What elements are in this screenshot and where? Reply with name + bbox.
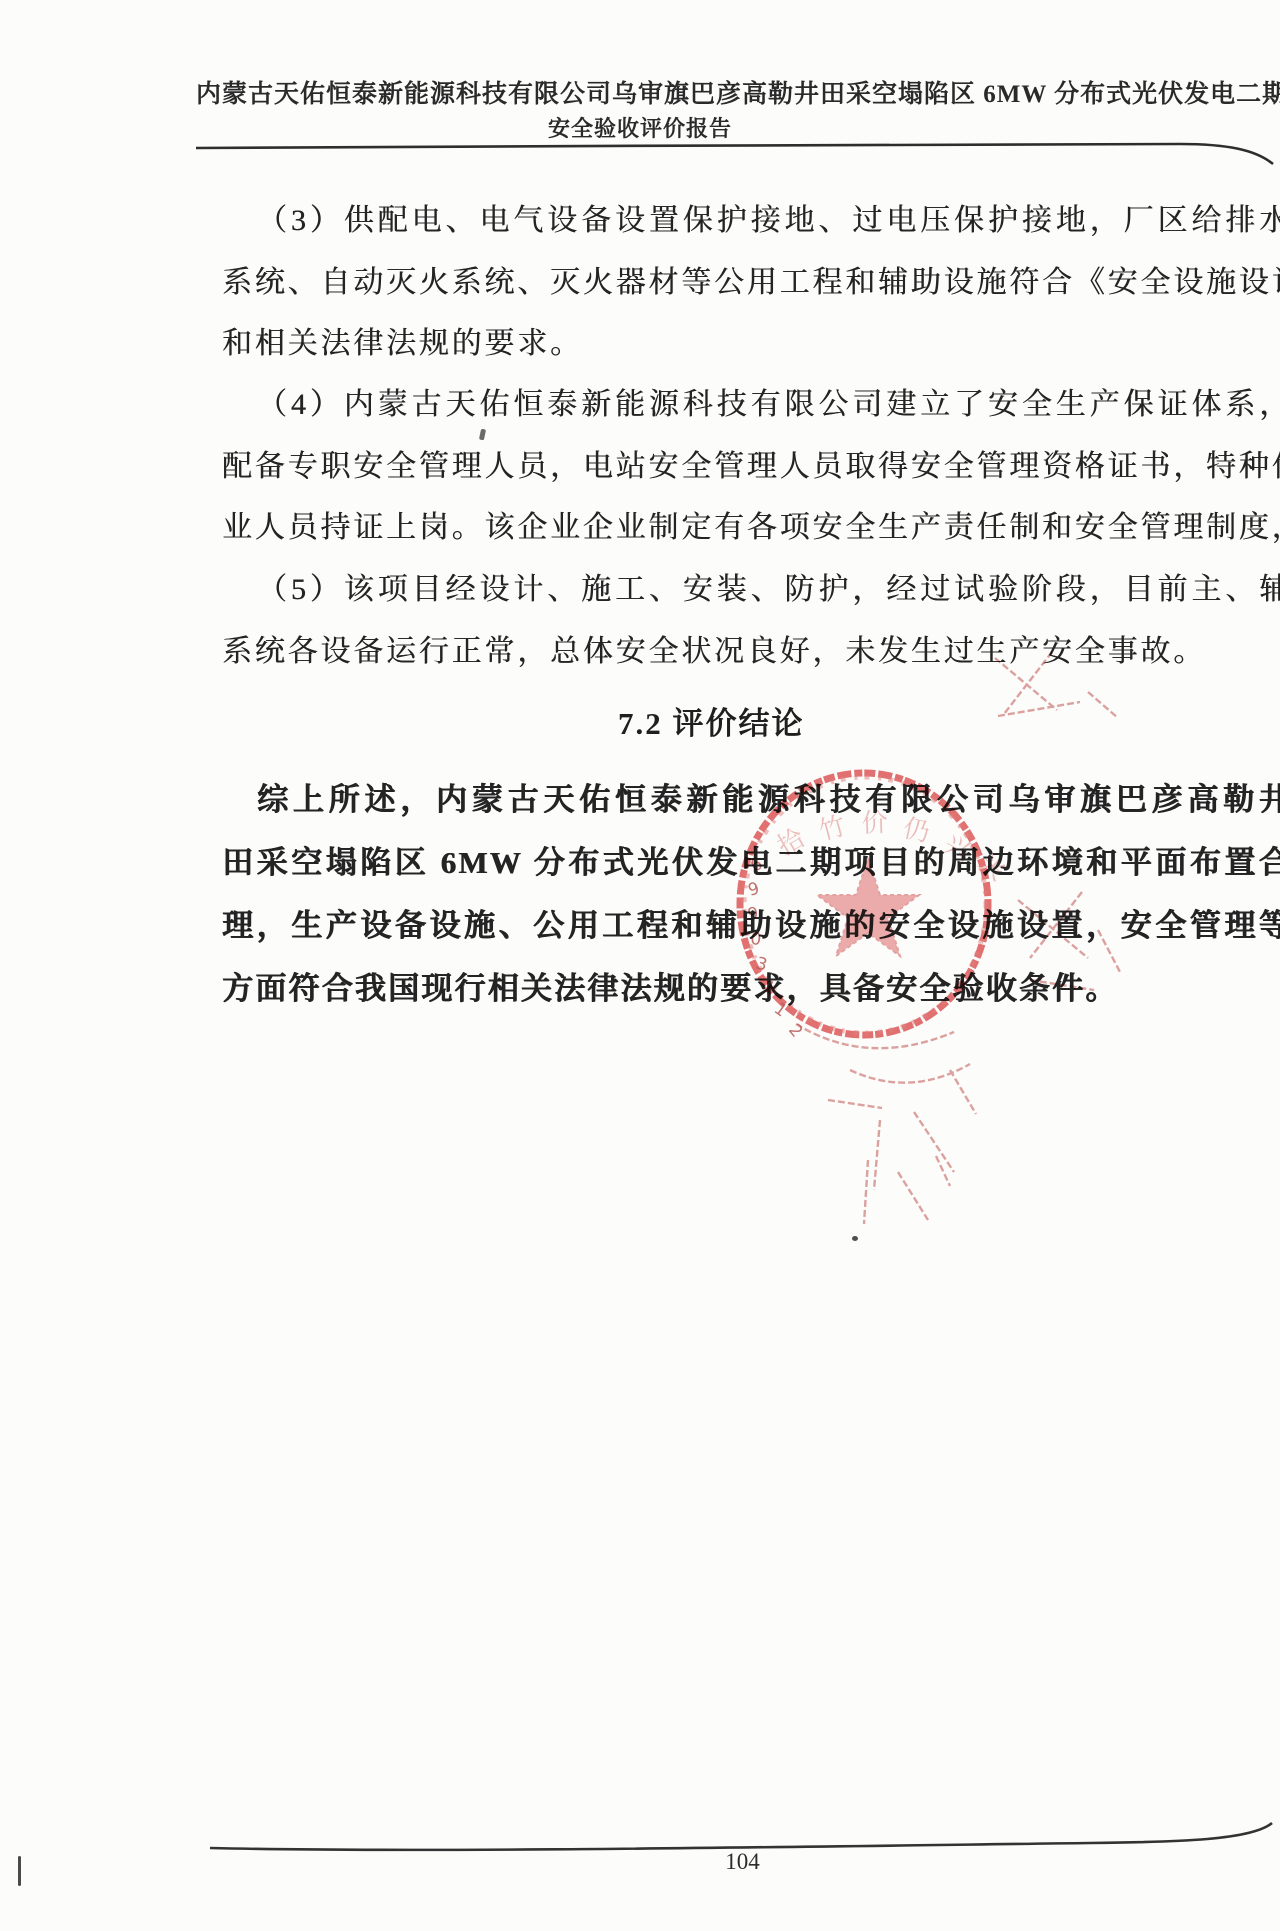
- scan-edge-mark: [18, 1856, 21, 1886]
- body-line-para4-3: 业人员持证上岗。该企业企业制定有各项安全生产责任制和安全管理制度，: [222, 497, 1280, 559]
- stamp-bottom-arc-marks: [796, 1024, 954, 1048]
- body-line-para4-2: 配备专职安全管理人员，电站安全管理人员取得安全管理资格证书，特种作: [222, 436, 1280, 498]
- body-line-para3-1: （3）供配电、电气设备设置保护接地、过电压保护接地，厂区给排水: [222, 190, 1280, 252]
- body-line-para5-2: 系统各设备运行正常，总体安全状况良好，未发生过生产安全事故。: [222, 621, 1280, 683]
- header-title-line2: 安全验收评价报告: [0, 112, 1280, 143]
- body-line-para3-2: 系统、自动灭火系统、灭火器材等公用工程和辅助设施符合《安全设施设计》: [222, 252, 1280, 314]
- body-line-para3-3: 和相关法律法规的要求。: [222, 313, 1280, 375]
- conclusion-line-1: 综上所述，内蒙古天佑恒泰新能源科技有限公司乌审旗巴彦高勒井: [222, 769, 1280, 831]
- stamp-serial-digit: 2: [784, 1020, 806, 1041]
- footer-rule: [210, 1823, 1272, 1850]
- stamp-scribble-mark: [828, 1064, 976, 1190]
- body-line-para4-1: （4）内蒙古天佑恒泰新能源科技有限公司建立了安全生产保证体系，: [222, 374, 1280, 436]
- scan-speck: [852, 1236, 858, 1241]
- stamp-scribble-mark: [864, 1156, 950, 1224]
- page-number: 104: [705, 1849, 780, 1875]
- scanned-report-page: 内蒙古天佑恒泰新能源科技有限公司乌审旗巴彦高勒井田采空塌陷区 6MW 分布式光伏…: [0, 0, 1280, 1931]
- conclusion-line-2: 田采空塌陷区 6MW 分布式光伏发电二期项目的周边环境和平面布置合: [222, 832, 1280, 894]
- conclusion-line-3: 理，生产设备设施、公用工程和辅助设施的安全设施设置，安全管理等: [222, 895, 1280, 957]
- body-line-para5-1: （5）该项目经设计、施工、安装、防护，经过试验阶段，目前主、辅: [222, 559, 1280, 621]
- header-rule: [196, 144, 1273, 164]
- section-heading: 7.2 评价结论: [618, 698, 805, 743]
- header-title-line1: 内蒙古天佑恒泰新能源科技有限公司乌审旗巴彦高勒井田采空塌陷区 6MW 分布式光伏…: [196, 78, 1280, 112]
- conclusion-line-4: 方面符合我国现行相关法律法规的要求，具备安全验收条件。: [222, 958, 1280, 1020]
